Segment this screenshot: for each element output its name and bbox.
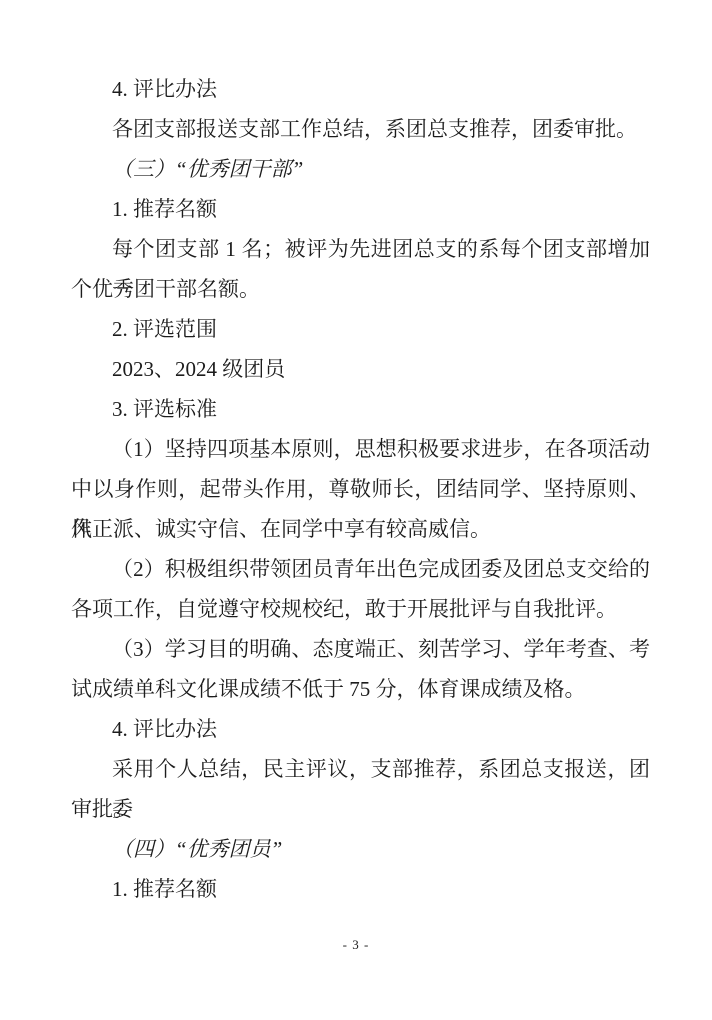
body-text-line: 2023、2024 级团员: [71, 349, 650, 389]
document-page: 4. 评比办法 各团支部报送支部工作总结，系团总支推荐，团委审批。 （三）“优秀…: [0, 0, 712, 1020]
document-body: 4. 评比办法 各团支部报送支部工作总结，系团总支推荐，团委审批。 （三）“优秀…: [71, 69, 650, 909]
body-text-line: 每个团支部 1 名；被评为先进团总支的系每个团支部增加一: [71, 229, 650, 269]
numbered-heading-line: 2. 评选范围: [71, 309, 650, 349]
subsection-heading-line: （四）“优秀团员”: [71, 829, 650, 869]
numbered-heading-line: 1. 推荐名额: [71, 869, 650, 909]
body-text-line: （1）坚持四项基本原则，思想积极要求进步，在各项活动: [71, 429, 650, 469]
body-text-line: 各团支部报送支部工作总结，系团总支推荐，团委审批。: [71, 109, 650, 149]
numbered-heading-line: 3. 评选标准: [71, 389, 650, 429]
body-text-line: 个优秀团干部名额。: [71, 269, 650, 309]
numbered-heading-line: 4. 评比办法: [71, 709, 650, 749]
page-footer: - 3 -: [0, 936, 712, 954]
body-text-line: 采用个人总结，民主评议，支部推荐，系团总支报送，团委: [71, 749, 650, 789]
body-text-line: 试成绩单科文化课成绩不低于 75 分，体育课成绩及格。: [71, 669, 650, 709]
body-text-line: 审批。: [71, 789, 650, 829]
body-text-line: 各项工作，自觉遵守校规校纪，敢于开展批评与自我批评。: [71, 589, 650, 629]
numbered-heading-line: 4. 评比办法: [71, 69, 650, 109]
body-text-line: （2）积极组织带领团员青年出色完成团委及团总支交给的: [71, 549, 650, 589]
page-number: - 3 -: [343, 937, 370, 952]
body-text-line: 风正派、诚实守信、在同学中享有较高威信。: [71, 509, 650, 549]
numbered-heading-line: 1. 推荐名额: [71, 189, 650, 229]
body-text-line: 中以身作则，起带头作用，尊敬师长，团结同学、坚持原则、作: [71, 469, 650, 509]
subsection-heading-line: （三）“优秀团干部”: [71, 149, 650, 189]
body-text-line: （3）学习目的明确、态度端正、刻苦学习、学年考查、考: [71, 629, 650, 669]
